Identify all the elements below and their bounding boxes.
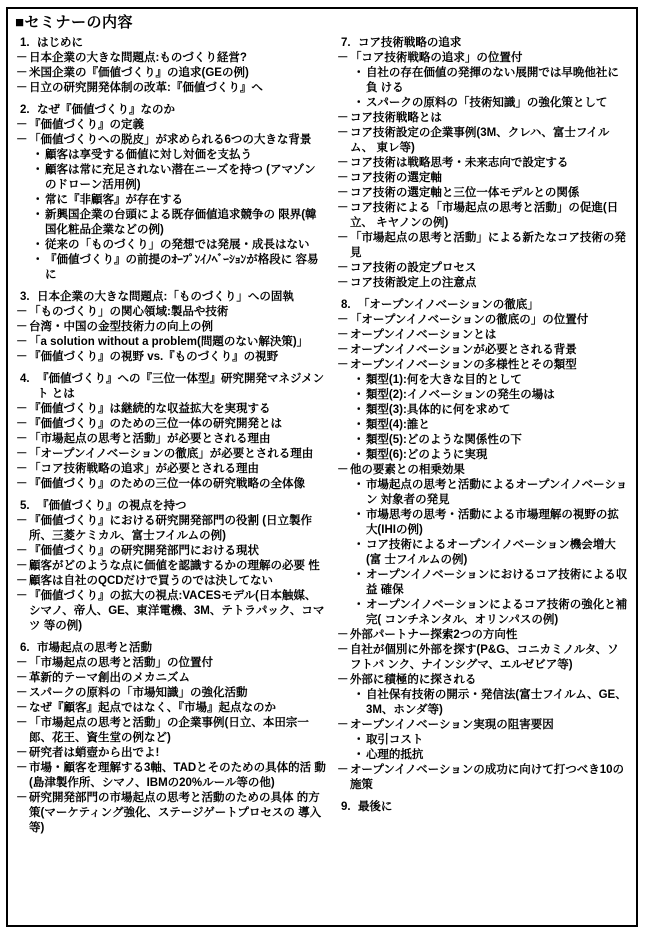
dash-bullet-marker: － (337, 186, 350, 201)
outline-item-text: オープンイノベーションとは (350, 328, 630, 343)
dash-bullet-marker: － (16, 81, 29, 96)
outline-item-text: 類型(3):具体的に何を求めて (366, 403, 630, 418)
outline-item-text: 「ものづくり」の関心領域:製品や技術 (29, 305, 327, 320)
outline-item-text: 研究者は蛸壺から出でよ! (29, 746, 327, 761)
dot-bullet-marker: ・ (353, 96, 366, 111)
dash-bullet-marker: － (16, 305, 29, 320)
dash-bullet-marker: － (16, 66, 29, 81)
dash-bullet-marker: － (337, 156, 350, 171)
outline-item: ・取引コスト (336, 733, 630, 748)
dash-bullet-marker: － (16, 432, 29, 447)
outline-item: －台湾・中国の金型技術力の向上の例 (15, 320, 327, 335)
outline-item: ・『価値づくり』の前提のｵｰﾌﾟﾝｲﾉﾍﾞｰｼｮﾝが格段に 容易に (15, 253, 327, 283)
dash-bullet-marker: － (16, 118, 29, 133)
dash-bullet-marker: － (337, 628, 350, 643)
dash-bullet-marker: － (337, 643, 350, 673)
page-title: ■セミナーの内容 (15, 13, 630, 33)
dash-bullet-marker: － (337, 201, 350, 231)
page-content: ■セミナーの内容 1.はじめに－日本企業の大きな問題点:ものづくり経営?－米国企… (8, 9, 636, 840)
outline-item-text: オープンイノベーションの成功に向けて打つべき10の 施策 (350, 763, 630, 793)
outline-item: －研究開発部門の市場起点の思考と活動のための具体 的方策(マーケティング強化、ス… (15, 791, 327, 836)
dash-bullet-marker: － (16, 656, 29, 671)
dash-bullet-marker: － (337, 276, 350, 291)
outline-item: ・市場起点の思考と活動によるオープンイノベーション 対象者の発見 (336, 478, 630, 508)
dash-bullet-marker: － (337, 51, 350, 66)
outline-item-text: 顧客は享受する価値に対し対価を支払う (45, 148, 327, 163)
outline-item-text: コア技術は戦略思考・未来志向で設定する (350, 156, 630, 171)
outline-item: ・自社の存在価値の発揮のない展開では早晩他社に負 ける (336, 66, 630, 96)
section-heading-text: 市場起点の思考と活動 (37, 641, 327, 656)
section-heading-text: 日本企業の大きな問題点:「ものづくり」への固執 (37, 290, 327, 305)
outline-item-text: 「価値づくりへの脱皮」が求められる6つの大きな背景 (29, 133, 327, 148)
outline-item-text: 「市場起点の思考と活動」の企業事例(日立、本田宗一 郎、花王、資生堂の例など) (29, 716, 327, 746)
dot-bullet-marker: ・ (32, 163, 45, 193)
outline-item-text: 台湾・中国の金型技術力の向上の例 (29, 320, 327, 335)
outline-item: －「市場起点の思考と活動」による新たなコア技術の発見 (336, 231, 630, 261)
outline-item-text: 顧客は自社のQCDだけで買うのでは決してない (29, 574, 327, 589)
dash-bullet-marker: － (337, 718, 350, 733)
outline-item: －「市場起点の思考と活動」の位置付 (15, 656, 327, 671)
section-number: 5. (20, 499, 37, 514)
outline-item: －「市場起点の思考と活動」が必要とされる理由 (15, 432, 327, 447)
dash-bullet-marker: － (337, 111, 350, 126)
section-heading-text: 最後に (358, 800, 630, 815)
outline-item: ・類型(4):誰と (336, 418, 630, 433)
outline-item-text: 市場思考の思考・活動による市場理解の視野の拡 大(IHIの例) (366, 508, 630, 538)
outline-item: －研究者は蛸壺から出でよ! (15, 746, 327, 761)
outline-item-text: オープンイノベーションが必要とされる背景 (350, 343, 630, 358)
dot-bullet-marker: ・ (353, 403, 366, 418)
outline-item: －市場・顧客を理解する3軸、TADとそのための具体的活 動(島津製作所、シマノ、… (15, 761, 327, 791)
outline-item-text: 他の要素との相乗効果 (350, 463, 630, 478)
dot-bullet-marker: ・ (353, 448, 366, 463)
outline-item: －外部パートナー探索2つの方向性 (336, 628, 630, 643)
dash-bullet-marker: － (16, 350, 29, 365)
outline-item: ・類型(5):どのような関係性の下 (336, 433, 630, 448)
section-number: 2. (20, 103, 37, 118)
outline-item-text: 「オープンイノベーションの徹底」が必要とされる理由 (29, 447, 327, 462)
outline-item: －コア技術の選定軸と三位一体モデルとの関係 (336, 186, 630, 201)
dash-bullet-marker: － (16, 133, 29, 148)
outline-item: －顧客がどのような点に価値を認識するかの理解の必要 性 (15, 559, 327, 574)
outline-item-text: 市場・顧客を理解する3軸、TADとそのための具体的活 動(島津製作所、シマノ、I… (29, 761, 327, 791)
section-heading-text: はじめに (37, 36, 327, 51)
outline-item-text: コア技術によるオープンイノベーション機会増大(富 士フイルムの例) (366, 538, 630, 568)
outline-item-text: 「市場起点の思考と活動」が必要とされる理由 (29, 432, 327, 447)
dash-bullet-marker: － (337, 261, 350, 276)
outline-item: －オープンイノベーションが必要とされる背景 (336, 343, 630, 358)
outline-item-text: 類型(5):どのような関係性の下 (366, 433, 630, 448)
outline-section: 5.『価値づくり』の視点を持つ－『価値づくり』における研究開発部門の役割 (日立… (15, 499, 327, 634)
outline-item-text: なぜ『顧客』起点ではなく、『市場』起点なのか (29, 701, 327, 716)
outline-item: －『価値づくり』における研究開発部門の役割 (日立製作所、三菱ケミカル、富士フイ… (15, 514, 327, 544)
dash-bullet-marker: － (16, 574, 29, 589)
outline-item: ・顧客は常に充足されない潜在ニーズを持つ (アマゾンのドローン活用例) (15, 163, 327, 193)
outline-item: －コア技術の選定軸 (336, 171, 630, 186)
outline-section: 2.なぜ『価値づくり』なのか－『価値づくり』の定義－「価値づくりへの脱皮」が求め… (15, 103, 327, 283)
outline-item-text: 新興国企業の台頭による既存価値追求競争の 限界(韓国化粧品企業などの例) (45, 208, 327, 238)
dash-bullet-marker: － (16, 544, 29, 559)
dash-bullet-marker: － (16, 447, 29, 462)
section-heading-text: コア技術戦略の追求 (358, 36, 630, 51)
outline-item-text: コア技術戦略とは (350, 111, 630, 126)
section-heading: 1.はじめに (15, 36, 327, 51)
dash-bullet-marker: － (16, 716, 29, 746)
outline-item-text: 市場起点の思考と活動によるオープンイノベーション 対象者の発見 (366, 478, 630, 508)
dash-bullet-marker: － (16, 402, 29, 417)
dash-bullet-marker: － (337, 231, 350, 261)
outline-item: －『価値づくり』のための三位一体の研究開発とは (15, 417, 327, 432)
outline-item-text: オープンイノベーションによるコア技術の強化と補完( コンチネンタル、オリンパスの… (366, 598, 630, 628)
outline-item-text: 類型(4):誰と (366, 418, 630, 433)
outline-item-text: 顧客がどのような点に価値を認識するかの理解の必要 性 (29, 559, 327, 574)
dash-bullet-marker: － (16, 335, 29, 350)
section-heading: 3.日本企業の大きな問題点:「ものづくり」への固執 (15, 290, 327, 305)
outline-item-text: 「a solution without a problem(問題のない解決策)」 (29, 335, 327, 350)
dot-bullet-marker: ・ (32, 253, 45, 283)
dash-bullet-marker: － (16, 559, 29, 574)
outline-item: ・自社保有技術の開示・発信法(富士フイルム、GE、 3M、ホンダ等) (336, 688, 630, 718)
outline-item-text: 革新的テーマ創出のメカニズム (29, 671, 327, 686)
dash-bullet-marker: － (337, 171, 350, 186)
dot-bullet-marker: ・ (353, 478, 366, 508)
outline-item: －他の要素との相乗効果 (336, 463, 630, 478)
dash-bullet-marker: － (337, 126, 350, 156)
section-number: 9. (341, 800, 358, 815)
section-heading: 4.『価値づくり』への『三位一体型』研究開発マネジメント とは (15, 372, 327, 402)
dash-bullet-marker: － (337, 313, 350, 328)
dash-bullet-marker: － (16, 514, 29, 544)
outline-section: 6.市場起点の思考と活動－「市場起点の思考と活動」の位置付－革新的テーマ創出のメ… (15, 641, 327, 836)
dash-bullet-marker: － (337, 328, 350, 343)
outline-item-text: 顧客は常に充足されない潜在ニーズを持つ (アマゾンのドローン活用例) (45, 163, 327, 193)
outline-item: －コア技術設定上の注意点 (336, 276, 630, 291)
dash-bullet-marker: － (16, 477, 29, 492)
dot-bullet-marker: ・ (353, 388, 366, 403)
outline-item-text: 外部に積極的に探される (350, 673, 630, 688)
outline-item: －オープンイノベーションとは (336, 328, 630, 343)
outline-item: －「ものづくり」の関心領域:製品や技術 (15, 305, 327, 320)
dot-bullet-marker: ・ (353, 373, 366, 388)
outline-item: －「コア技術戦略の追求」の位置付 (336, 51, 630, 66)
dash-bullet-marker: － (16, 320, 29, 335)
dash-bullet-marker: － (16, 791, 29, 836)
outline-item: －米国企業の『価値づくり』の追求(GEの例) (15, 66, 327, 81)
outline-item-text: コア技術による「市場起点の思考と活動」の促進(日立、 キヤノンの例) (350, 201, 630, 231)
outline-item-text: オープンイノベーションの多様性とその類型 (350, 358, 630, 373)
outline-item-text: 取引コスト (366, 733, 630, 748)
dot-bullet-marker: ・ (353, 538, 366, 568)
outline-item: ・類型(6):どのように実現 (336, 448, 630, 463)
outline-item: －「オープンイノベーションの徹底の」の位置付 (336, 313, 630, 328)
dash-bullet-marker: － (337, 673, 350, 688)
outline-item-text: 日本企業の大きな問題点:ものづくり経営? (29, 51, 327, 66)
dash-bullet-marker: － (16, 701, 29, 716)
outline-item: ・市場思考の思考・活動による市場理解の視野の拡 大(IHIの例) (336, 508, 630, 538)
outline-item: －外部に積極的に探される (336, 673, 630, 688)
section-number: 8. (341, 298, 358, 313)
outline-item-text: 日立の研究開発体制の改革:『価値づくり』へ (29, 81, 327, 96)
dash-bullet-marker: － (16, 589, 29, 634)
section-heading: 9.最後に (336, 800, 630, 815)
dot-bullet-marker: ・ (353, 568, 366, 598)
dot-bullet-marker: ・ (353, 733, 366, 748)
outline-item: －オープンイノベーションの多様性とその類型 (336, 358, 630, 373)
outline-column-right: 7.コア技術戦略の追求－「コア技術戦略の追求」の位置付・自社の存在価値の発揮のな… (336, 35, 630, 815)
dot-bullet-marker: ・ (353, 688, 366, 718)
outline-item: －オープンイノベーション実現の阻害要因 (336, 718, 630, 733)
outline-item: －オープンイノベーションの成功に向けて打つべき10の 施策 (336, 763, 630, 793)
outline-item: －コア技術による「市場起点の思考と活動」の促進(日立、 キヤノンの例) (336, 201, 630, 231)
outline-item-text: 「オープンイノベーションの徹底の」の位置付 (350, 313, 630, 328)
outline-item-text: 類型(6):どのように実現 (366, 448, 630, 463)
outline-item: －『価値づくり』の定義 (15, 118, 327, 133)
section-number: 1. (20, 36, 37, 51)
outline-section: 4.『価値づくり』への『三位一体型』研究開発マネジメント とは－『価値づくり』は… (15, 372, 327, 492)
dash-bullet-marker: － (16, 51, 29, 66)
dash-bullet-marker: － (337, 343, 350, 358)
dot-bullet-marker: ・ (32, 148, 45, 163)
dash-bullet-marker: － (337, 463, 350, 478)
outline-item: ・新興国企業の台頭による既存価値追求競争の 限界(韓国化粧品企業などの例) (15, 208, 327, 238)
dot-bullet-marker: ・ (353, 748, 366, 763)
section-heading: 5.『価値づくり』の視点を持つ (15, 499, 327, 514)
outline-section: 8.「オープンイノベーションの徹底」－「オープンイノベーションの徹底の」の位置付… (336, 298, 630, 793)
outline-item: －「コア技術戦略の追求」が必要とされる理由 (15, 462, 327, 477)
section-number: 3. (20, 290, 37, 305)
outline-item: －スパークの原料の「市場知識」の強化活動 (15, 686, 327, 701)
dash-bullet-marker: － (16, 462, 29, 477)
outline-item-text: 「市場起点の思考と活動」の位置付 (29, 656, 327, 671)
outline-item-text: 類型(2):イノベーションの発生の場は (366, 388, 630, 403)
section-heading-text: 『価値づくり』の視点を持つ (37, 499, 327, 514)
section-heading: 8.「オープンイノベーションの徹底」 (336, 298, 630, 313)
outline-item: －自社が個別に外部を探す(P&G、コニカミノルタ、ソフトバ ンク、ナインシグマ、… (336, 643, 630, 673)
outline-item: －「価値づくりへの脱皮」が求められる6つの大きな背景 (15, 133, 327, 148)
outline-item: ・オープンイノベーションにおけるコア技術による収益 確保 (336, 568, 630, 598)
outline-item: ・コア技術によるオープンイノベーション機会増大(富 士フイルムの例) (336, 538, 630, 568)
outline-item-text: コア技術の設定プロセス (350, 261, 630, 276)
outline-item-text: コア技術の選定軸と三位一体モデルとの関係 (350, 186, 630, 201)
dash-bullet-marker: － (16, 671, 29, 686)
outline-section: 9.最後に (336, 800, 630, 815)
outline-item: －『価値づくり』の拡大の視点:VACESモデル(日本触媒、 シマノ、帝人、GE、… (15, 589, 327, 634)
outline-item-text: 『価値づくり』の前提のｵｰﾌﾟﾝｲﾉﾍﾞｰｼｮﾝが格段に 容易に (45, 253, 327, 283)
dash-bullet-marker: － (16, 417, 29, 432)
outline-item: －『価値づくり』の研究開発部門における現状 (15, 544, 327, 559)
outline-item-text: コア技術設定上の注意点 (350, 276, 630, 291)
outline-item: ・顧客は享受する価値に対し対価を支払う (15, 148, 327, 163)
outline-item-text: 外部パートナー探索2つの方向性 (350, 628, 630, 643)
outline-item-text: 自社の存在価値の発揮のない展開では早晩他社に負 ける (366, 66, 630, 96)
outline-item: －「市場起点の思考と活動」の企業事例(日立、本田宗一 郎、花王、資生堂の例など) (15, 716, 327, 746)
outline-item-text: コア技術設定の企業事例(3M、クレハ、富士フイルム、 東レ等) (350, 126, 630, 156)
outline-item-text: 研究開発部門の市場起点の思考と活動のための具体 的方策(マーケティング強化、ステ… (29, 791, 327, 836)
outline-item-text: 自社保有技術の開示・発信法(富士フイルム、GE、 3M、ホンダ等) (366, 688, 630, 718)
section-number: 4. (20, 372, 37, 402)
section-number: 6. (20, 641, 37, 656)
section-heading-text: 「オープンイノベーションの徹底」 (358, 298, 630, 313)
outline-item: －コア技術の設定プロセス (336, 261, 630, 276)
outline-item: ・類型(2):イノベーションの発生の場は (336, 388, 630, 403)
outline-item-text: 『価値づくり』の研究開発部門における現状 (29, 544, 327, 559)
outline-item: ・類型(1):何を大きな目的として (336, 373, 630, 388)
outline-item: －革新的テーマ創出のメカニズム (15, 671, 327, 686)
dash-bullet-marker: － (16, 761, 29, 791)
dot-bullet-marker: ・ (353, 508, 366, 538)
outline-item-text: コア技術の選定軸 (350, 171, 630, 186)
outline-item: ・従来の「ものづくり」の発想では発展・成長はない (15, 238, 327, 253)
outline-item-text: 『価値づくり』の拡大の視点:VACESモデル(日本触媒、 シマノ、帝人、GE、東… (29, 589, 327, 634)
section-number: 7. (341, 36, 358, 51)
outline-item-text: 類型(1):何を大きな目的として (366, 373, 630, 388)
outline-item-text: 「市場起点の思考と活動」による新たなコア技術の発見 (350, 231, 630, 261)
outline-item-text: スパークの原料の「技術知識」の強化策として (366, 96, 630, 111)
outline-item-text: 自社が個別に外部を探す(P&G、コニカミノルタ、ソフトバ ンク、ナインシグマ、エ… (350, 643, 630, 673)
dash-bullet-marker: － (16, 746, 29, 761)
outline-item: －「a solution without a problem(問題のない解決策)… (15, 335, 327, 350)
outline-item-text: 心理的抵抗 (366, 748, 630, 763)
outline-section: 7.コア技術戦略の追求－「コア技術戦略の追求」の位置付・自社の存在価値の発揮のな… (336, 36, 630, 291)
outline-item-text: オープンイノベーションにおけるコア技術による収益 確保 (366, 568, 630, 598)
outline-item-text: 『価値づくり』の定義 (29, 118, 327, 133)
section-heading: 2.なぜ『価値づくり』なのか (15, 103, 327, 118)
outline-item: ・類型(3):具体的に何を求めて (336, 403, 630, 418)
section-heading-text: 『価値づくり』への『三位一体型』研究開発マネジメント とは (37, 372, 327, 402)
dash-bullet-marker: － (337, 763, 350, 793)
outline-item-text: オープンイノベーション実現の阻害要因 (350, 718, 630, 733)
outline-item-text: 『価値づくり』の視野 vs.『ものづくり』の視野 (29, 350, 327, 365)
outline-column-left: 1.はじめに－日本企業の大きな問題点:ものづくり経営?－米国企業の『価値づくり』… (15, 35, 327, 836)
outline-item: －コア技術は戦略思考・未来志向で設定する (336, 156, 630, 171)
outline-item: －コア技術戦略とは (336, 111, 630, 126)
dot-bullet-marker: ・ (32, 238, 45, 253)
outline-item: －『価値づくり』は継続的な収益拡大を実現する (15, 402, 327, 417)
outline-item: －顧客は自社のQCDだけで買うのでは決してない (15, 574, 327, 589)
outline-item: －『価値づくり』の視野 vs.『ものづくり』の視野 (15, 350, 327, 365)
outline-item: －日立の研究開発体制の改革:『価値づくり』へ (15, 81, 327, 96)
dot-bullet-marker: ・ (353, 66, 366, 96)
outline-item-text: 『価値づくり』のための三位一体の研究戦略の全体像 (29, 477, 327, 492)
outline-section: 3.日本企業の大きな問題点:「ものづくり」への固執－「ものづくり」の関心領域:製… (15, 290, 327, 365)
outline-item: －「オープンイノベーションの徹底」が必要とされる理由 (15, 447, 327, 462)
outline-section: 1.はじめに－日本企業の大きな問題点:ものづくり経営?－米国企業の『価値づくり』… (15, 36, 327, 96)
outline-item-text: 従来の「ものづくり」の発想では発展・成長はない (45, 238, 327, 253)
outline-item: ・スパークの原料の「技術知識」の強化策として (336, 96, 630, 111)
section-heading: 6.市場起点の思考と活動 (15, 641, 327, 656)
outline-item-text: 常に『非顧客』が存在する (45, 193, 327, 208)
outline-item: －コア技術設定の企業事例(3M、クレハ、富士フイルム、 東レ等) (336, 126, 630, 156)
dot-bullet-marker: ・ (353, 598, 366, 628)
outline-item-text: 『価値づくり』は継続的な収益拡大を実現する (29, 402, 327, 417)
outline-item-text: 米国企業の『価値づくり』の追求(GEの例) (29, 66, 327, 81)
outline-item: －なぜ『顧客』起点ではなく、『市場』起点なのか (15, 701, 327, 716)
outline-item-text: 「コア技術戦略の追求」が必要とされる理由 (29, 462, 327, 477)
outline-item: ・心理的抵抗 (336, 748, 630, 763)
dot-bullet-marker: ・ (353, 418, 366, 433)
dash-bullet-marker: － (337, 358, 350, 373)
outline-item-text: 『価値づくり』における研究開発部門の役割 (日立製作所、三菱ケミカル、富士フイル… (29, 514, 327, 544)
outline-item-text: 『価値づくり』のための三位一体の研究開発とは (29, 417, 327, 432)
outline-item: ・オープンイノベーションによるコア技術の強化と補完( コンチネンタル、オリンパス… (336, 598, 630, 628)
outline-item-text: 「コア技術戦略の追求」の位置付 (350, 51, 630, 66)
dot-bullet-marker: ・ (32, 193, 45, 208)
dot-bullet-marker: ・ (32, 208, 45, 238)
section-heading: 7.コア技術戦略の追求 (336, 36, 630, 51)
outline-item-text: スパークの原料の「市場知識」の強化活動 (29, 686, 327, 701)
outline-item: －日本企業の大きな問題点:ものづくり経営? (15, 51, 327, 66)
outline-columns: 1.はじめに－日本企業の大きな問題点:ものづくり経営?－米国企業の『価値づくり』… (15, 35, 630, 836)
outline-item: ・常に『非顧客』が存在する (15, 193, 327, 208)
document-page: ■セミナーの内容 1.はじめに－日本企業の大きな問題点:ものづくり経営?－米国企… (6, 7, 638, 927)
dash-bullet-marker: － (16, 686, 29, 701)
outline-item: －『価値づくり』のための三位一体の研究戦略の全体像 (15, 477, 327, 492)
dot-bullet-marker: ・ (353, 433, 366, 448)
section-heading-text: なぜ『価値づくり』なのか (37, 103, 327, 118)
